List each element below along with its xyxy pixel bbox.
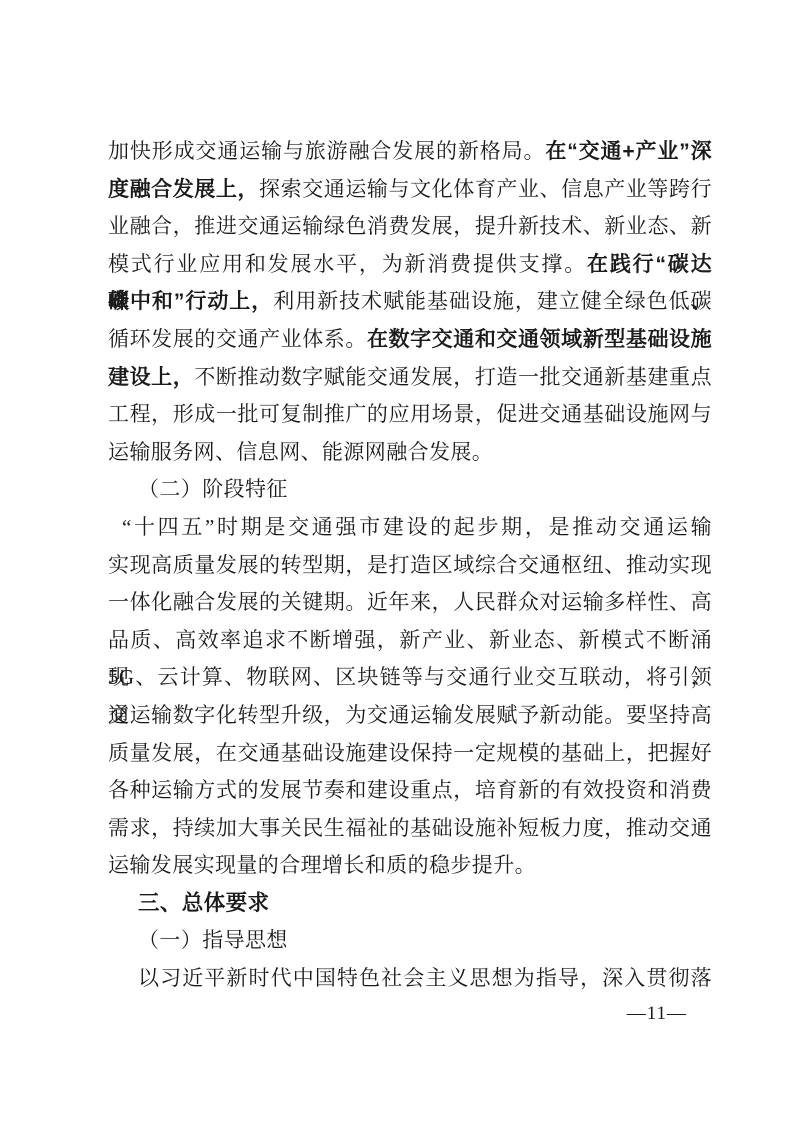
body-text: 不断推动数字赋能交通发展，打造一批交通新基建重点 [194, 365, 712, 389]
body-text: 运输发展实现量的合理增长和质的稳步提升。 [108, 853, 536, 877]
section-heading: 三、总体要求 [138, 891, 269, 915]
body-text: 探索交通运输与文化体育产业、信息产业等跨行 [259, 177, 712, 201]
text-line: 模式行业应用和发展水平，为新消费提供支撑。在践行“碳达峰、 [108, 246, 712, 284]
bold-emphasis-text: 碳中和”行动上， [108, 290, 273, 313]
text-line: 5G、云计算、物联网、区块链等与交通行业交互联动，将引领交 [108, 659, 712, 697]
text-line: （一）指导思想 [108, 922, 712, 960]
text-line: “十四五”时期是交通强市建设的起步期，是推动交通运输 [108, 509, 712, 547]
page-number: —11— [0, 1002, 687, 1026]
text-line: 一体化融合发展的关键期。近年来，人民群众对运输多样性、高 [108, 584, 712, 622]
body-text: 一体化融合发展的关键期。近年来，人民群众对运输多样性、高 [108, 590, 712, 614]
body-text: 通运输数字化转型升级，为交通运输发展赋予新动能。要坚持高 [108, 703, 712, 727]
subheading-kaiti: （一）指导思想 [138, 928, 288, 952]
text-line: 实现高质量发展的转型期，是打造区域综合交通枢纽、推动实现 [108, 547, 712, 585]
text-line: 度融合发展上，探索交通运输与文化体育产业、信息产业等跨行 [108, 171, 712, 209]
text-line: 三、总体要求 [108, 885, 712, 923]
body-text: 运输服务网、信息网、能源网融合发展。 [108, 440, 493, 464]
text-line: 循环发展的交通产业体系。在数字交通和交通领域新型基础设施 [108, 321, 712, 359]
text-line: 工程，形成一批可复制推广的应用场景，促进交通基础设施网与 [108, 396, 712, 434]
bold-emphasis-text: 在“交通+产业”深 [545, 140, 712, 163]
bold-emphasis-text: 在数字交通和交通领域新型基础设施 [367, 328, 712, 351]
body-text: 质量发展，在交通基础设施建设保持一定规模的基础上，把握好 [108, 741, 712, 765]
text-line: 需求，持续加大事关民生福祉的基础设施补短板力度，推动交通 [108, 810, 712, 848]
body-text: 模式行业应用和发展水平，为新消费提供支撑。 [108, 252, 587, 276]
text-line: 碳中和”行动上，利用新技术赋能基础设施，建立健全绿色低碳 [108, 283, 712, 321]
text-line: 品质、高效率追求不断增强，新产业、新业态、新模式不断涌现， [108, 622, 712, 660]
body-text: “十四五”时期是交通强市建设的起步期，是推动交通运输 [122, 515, 712, 539]
text-line: 建设上，不断推动数字赋能交通发展，打造一批交通新基建重点 [108, 359, 712, 397]
body-text: 各种运输方式的发展节奏和建设重点，培育新的有效投资和消费 [108, 778, 712, 802]
body-text: 需求，持续加大事关民生福祉的基础设施补短板力度，推动交通 [108, 816, 712, 840]
text-line: 通运输数字化转型升级，为交通运输发展赋予新动能。要坚持高 [108, 697, 712, 735]
text-line: 运输发展实现量的合理增长和质的稳步提升。 [108, 847, 712, 885]
body-text: 以习近平新时代中国特色社会主义思想为指导，深入贯彻落 [138, 966, 712, 990]
text-line: 以习近平新时代中国特色社会主义思想为指导，深入贯彻落 [108, 960, 712, 998]
body-text: 加快形成交通运输与旅游融合发展的新格局。 [108, 139, 545, 163]
text-line: 加快形成交通运输与旅游融合发展的新格局。在“交通+产业”深 [108, 133, 712, 171]
document-page: 加快形成交通运输与旅游融合发展的新格局。在“交通+产业”深度融合发展上，探索交通… [0, 0, 793, 1122]
body-text: 业融合，推进交通运输绿色消费发展，提升新技术、新业态、新 [108, 214, 712, 238]
text-line: 运输服务网、信息网、能源网融合发展。 [108, 434, 712, 472]
text-line: 业融合，推进交通运输绿色消费发展，提升新技术、新业态、新 [108, 208, 712, 246]
bold-emphasis-text: 度融合发展上， [108, 178, 259, 201]
body-text: 实现高质量发展的转型期，是打造区域综合交通枢纽、推动实现 [108, 553, 712, 577]
text-line: （二）阶段特征 [108, 471, 712, 509]
text-line: 质量发展，在交通基础设施建设保持一定规模的基础上，把握好 [108, 735, 712, 773]
text-line: 各种运输方式的发展节奏和建设重点，培育新的有效投资和消费 [108, 772, 712, 810]
document-body: 加快形成交通运输与旅游融合发展的新格局。在“交通+产业”深度融合发展上，探索交通… [108, 133, 712, 998]
body-text: 利用新技术赋能基础设施，建立健全绿色低碳 [273, 289, 712, 313]
body-text: 循环发展的交通产业体系。 [108, 327, 367, 351]
body-text: 工程，形成一批可复制推广的应用场景，促进交通基础设施网与 [108, 402, 712, 426]
bold-emphasis-text: 建设上， [108, 366, 194, 389]
subheading-kaiti: （二）阶段特征 [138, 477, 288, 501]
